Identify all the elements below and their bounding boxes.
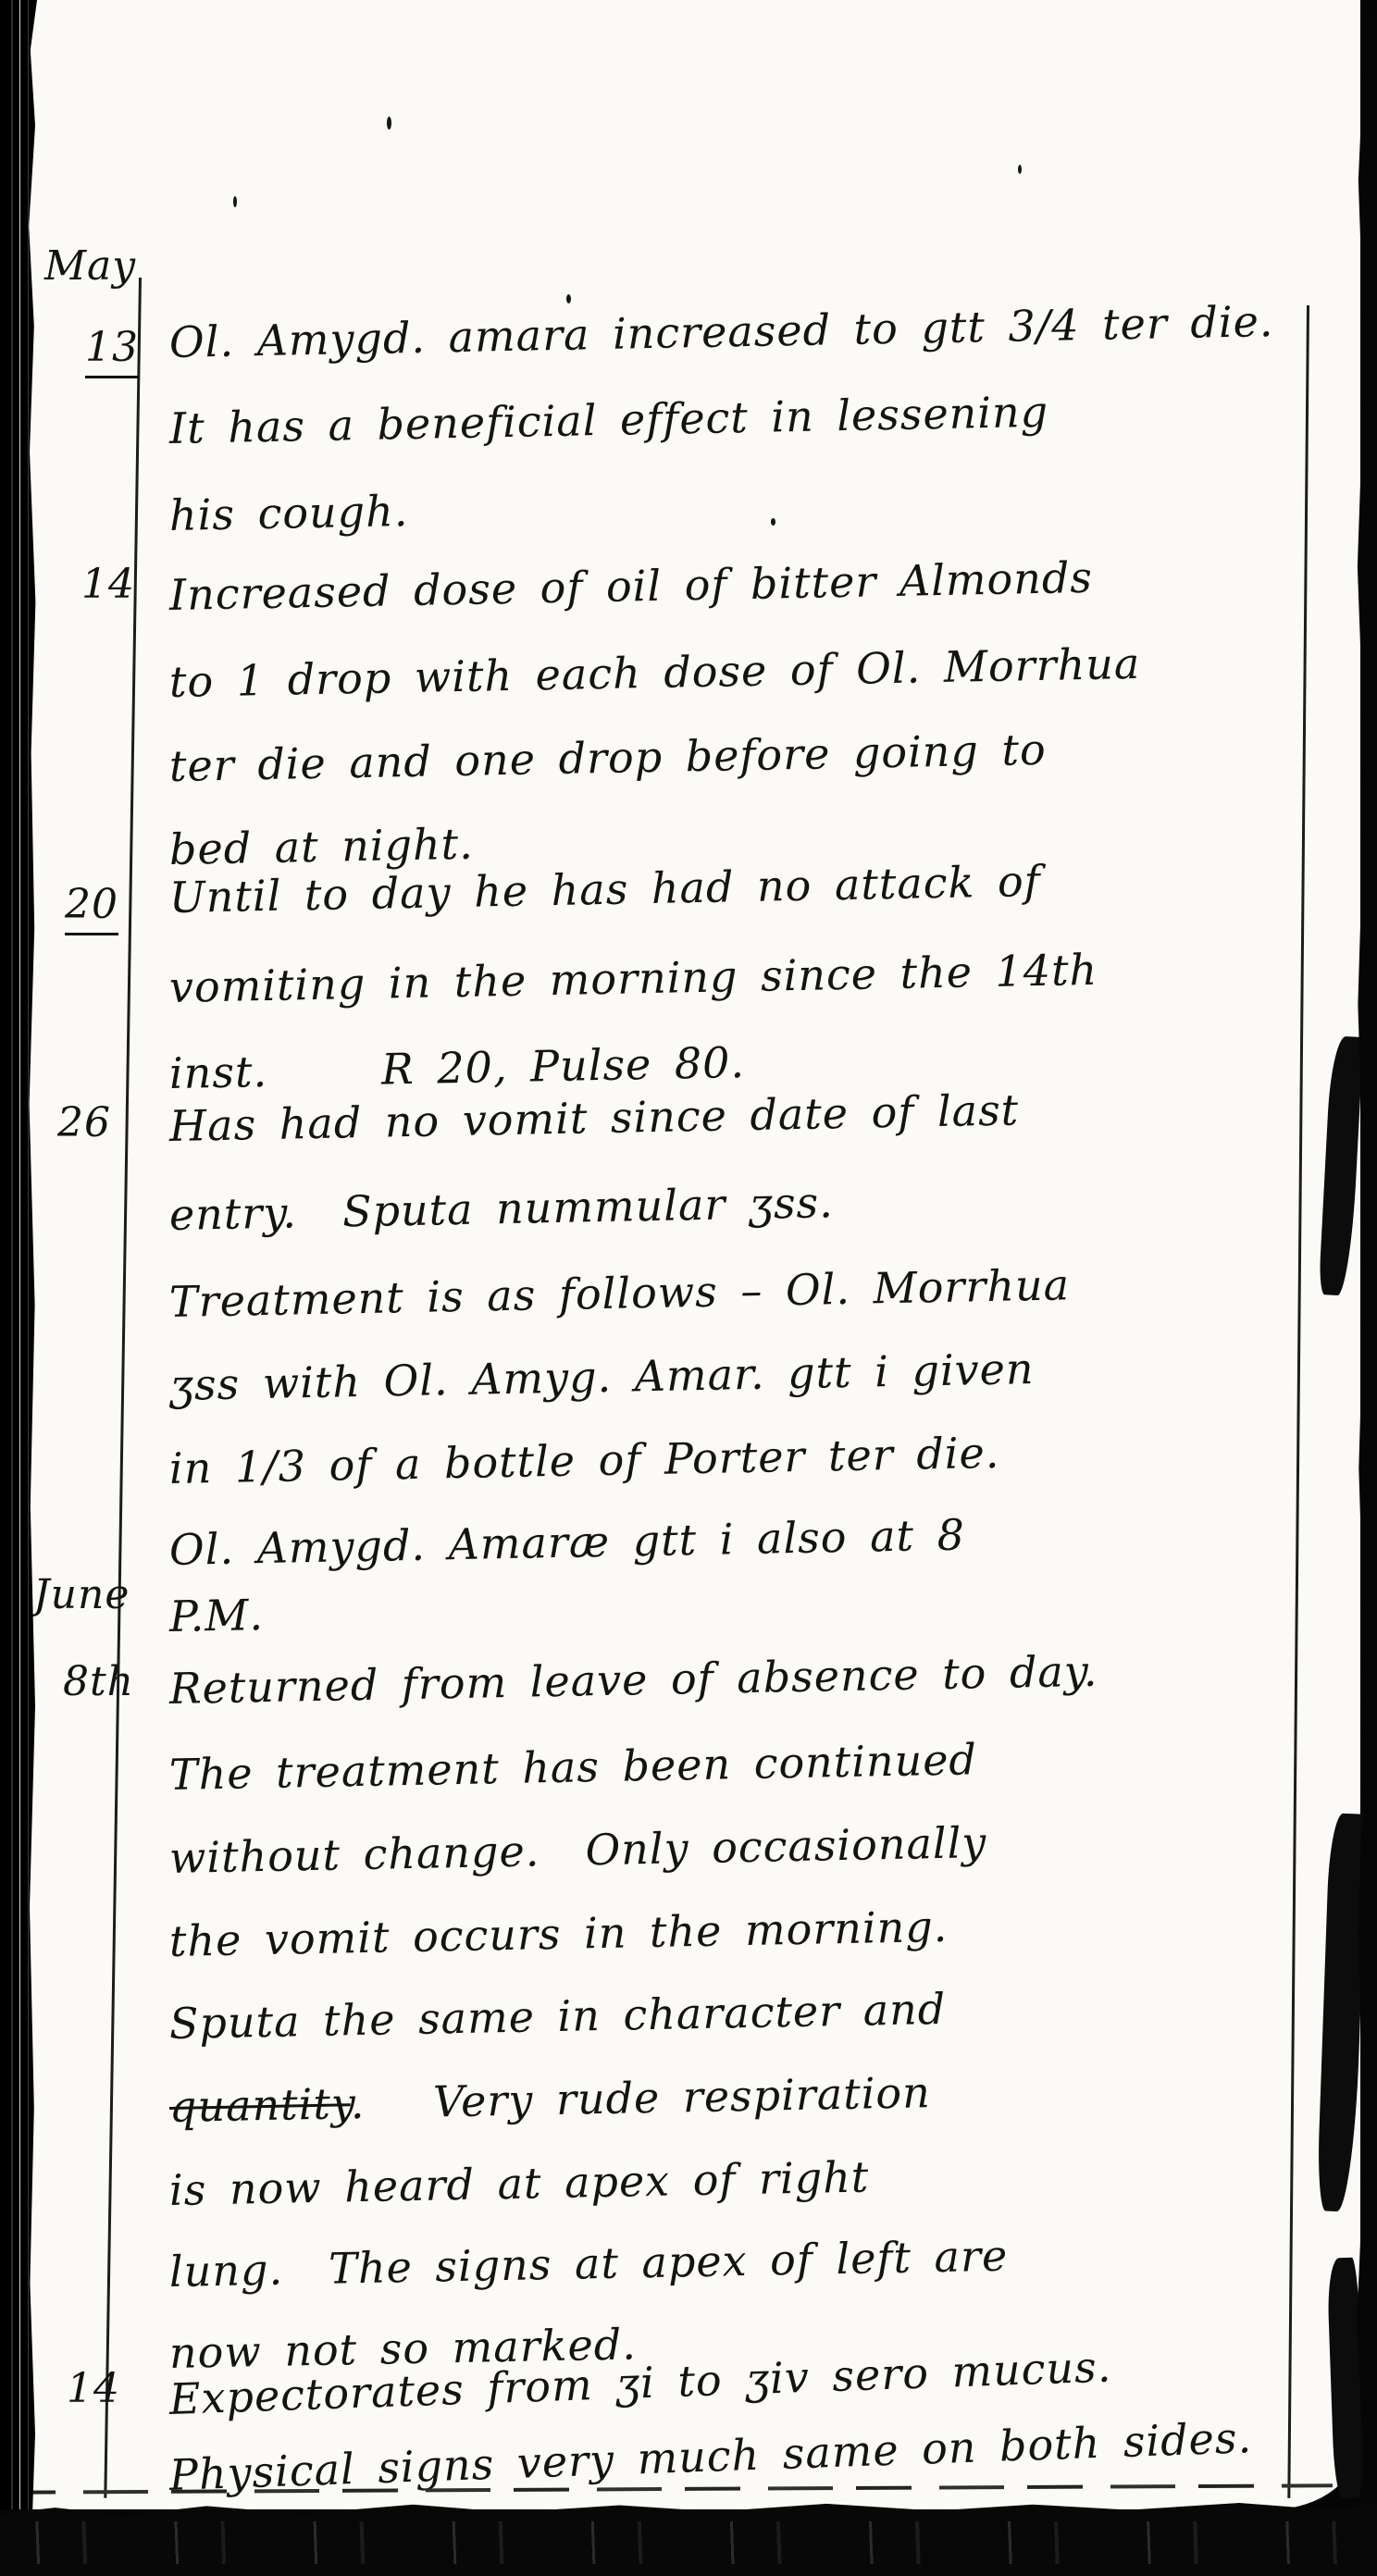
entry-line: P.M.	[169, 1591, 265, 1641]
date-label-26: 26	[57, 1099, 111, 1146]
date-label-13: 13	[85, 324, 139, 378]
bottom-scan-band	[0, 2498, 1377, 2576]
entry-line: his cough.	[169, 488, 409, 539]
date-label-14-may: 14	[81, 561, 135, 608]
entry-line: inst. R 20, Pulse 80.	[169, 1039, 746, 1097]
ink-speck	[771, 518, 775, 526]
paper-sheet	[28, 0, 1360, 2509]
entry-line: bed at night.	[169, 821, 475, 873]
date-label-month-june: June	[33, 1571, 130, 1618]
scanned-journal-page: May 13 14 20 26 June 8th 14 Ol. Amygd. a…	[0, 0, 1377, 2576]
ink-speck	[387, 117, 391, 130]
ink-speck	[233, 196, 237, 207]
left-scan-band	[0, 0, 37, 2509]
ink-speck	[1018, 165, 1022, 174]
date-label-8th: 8th	[63, 1658, 134, 1705]
date-label-month-may: May	[44, 242, 136, 290]
ink-speck	[566, 294, 571, 303]
struck-word: quantity	[168, 2078, 351, 2132]
date-label-14-june: 14	[67, 2365, 120, 2412]
date-label-20: 20	[65, 881, 118, 935]
